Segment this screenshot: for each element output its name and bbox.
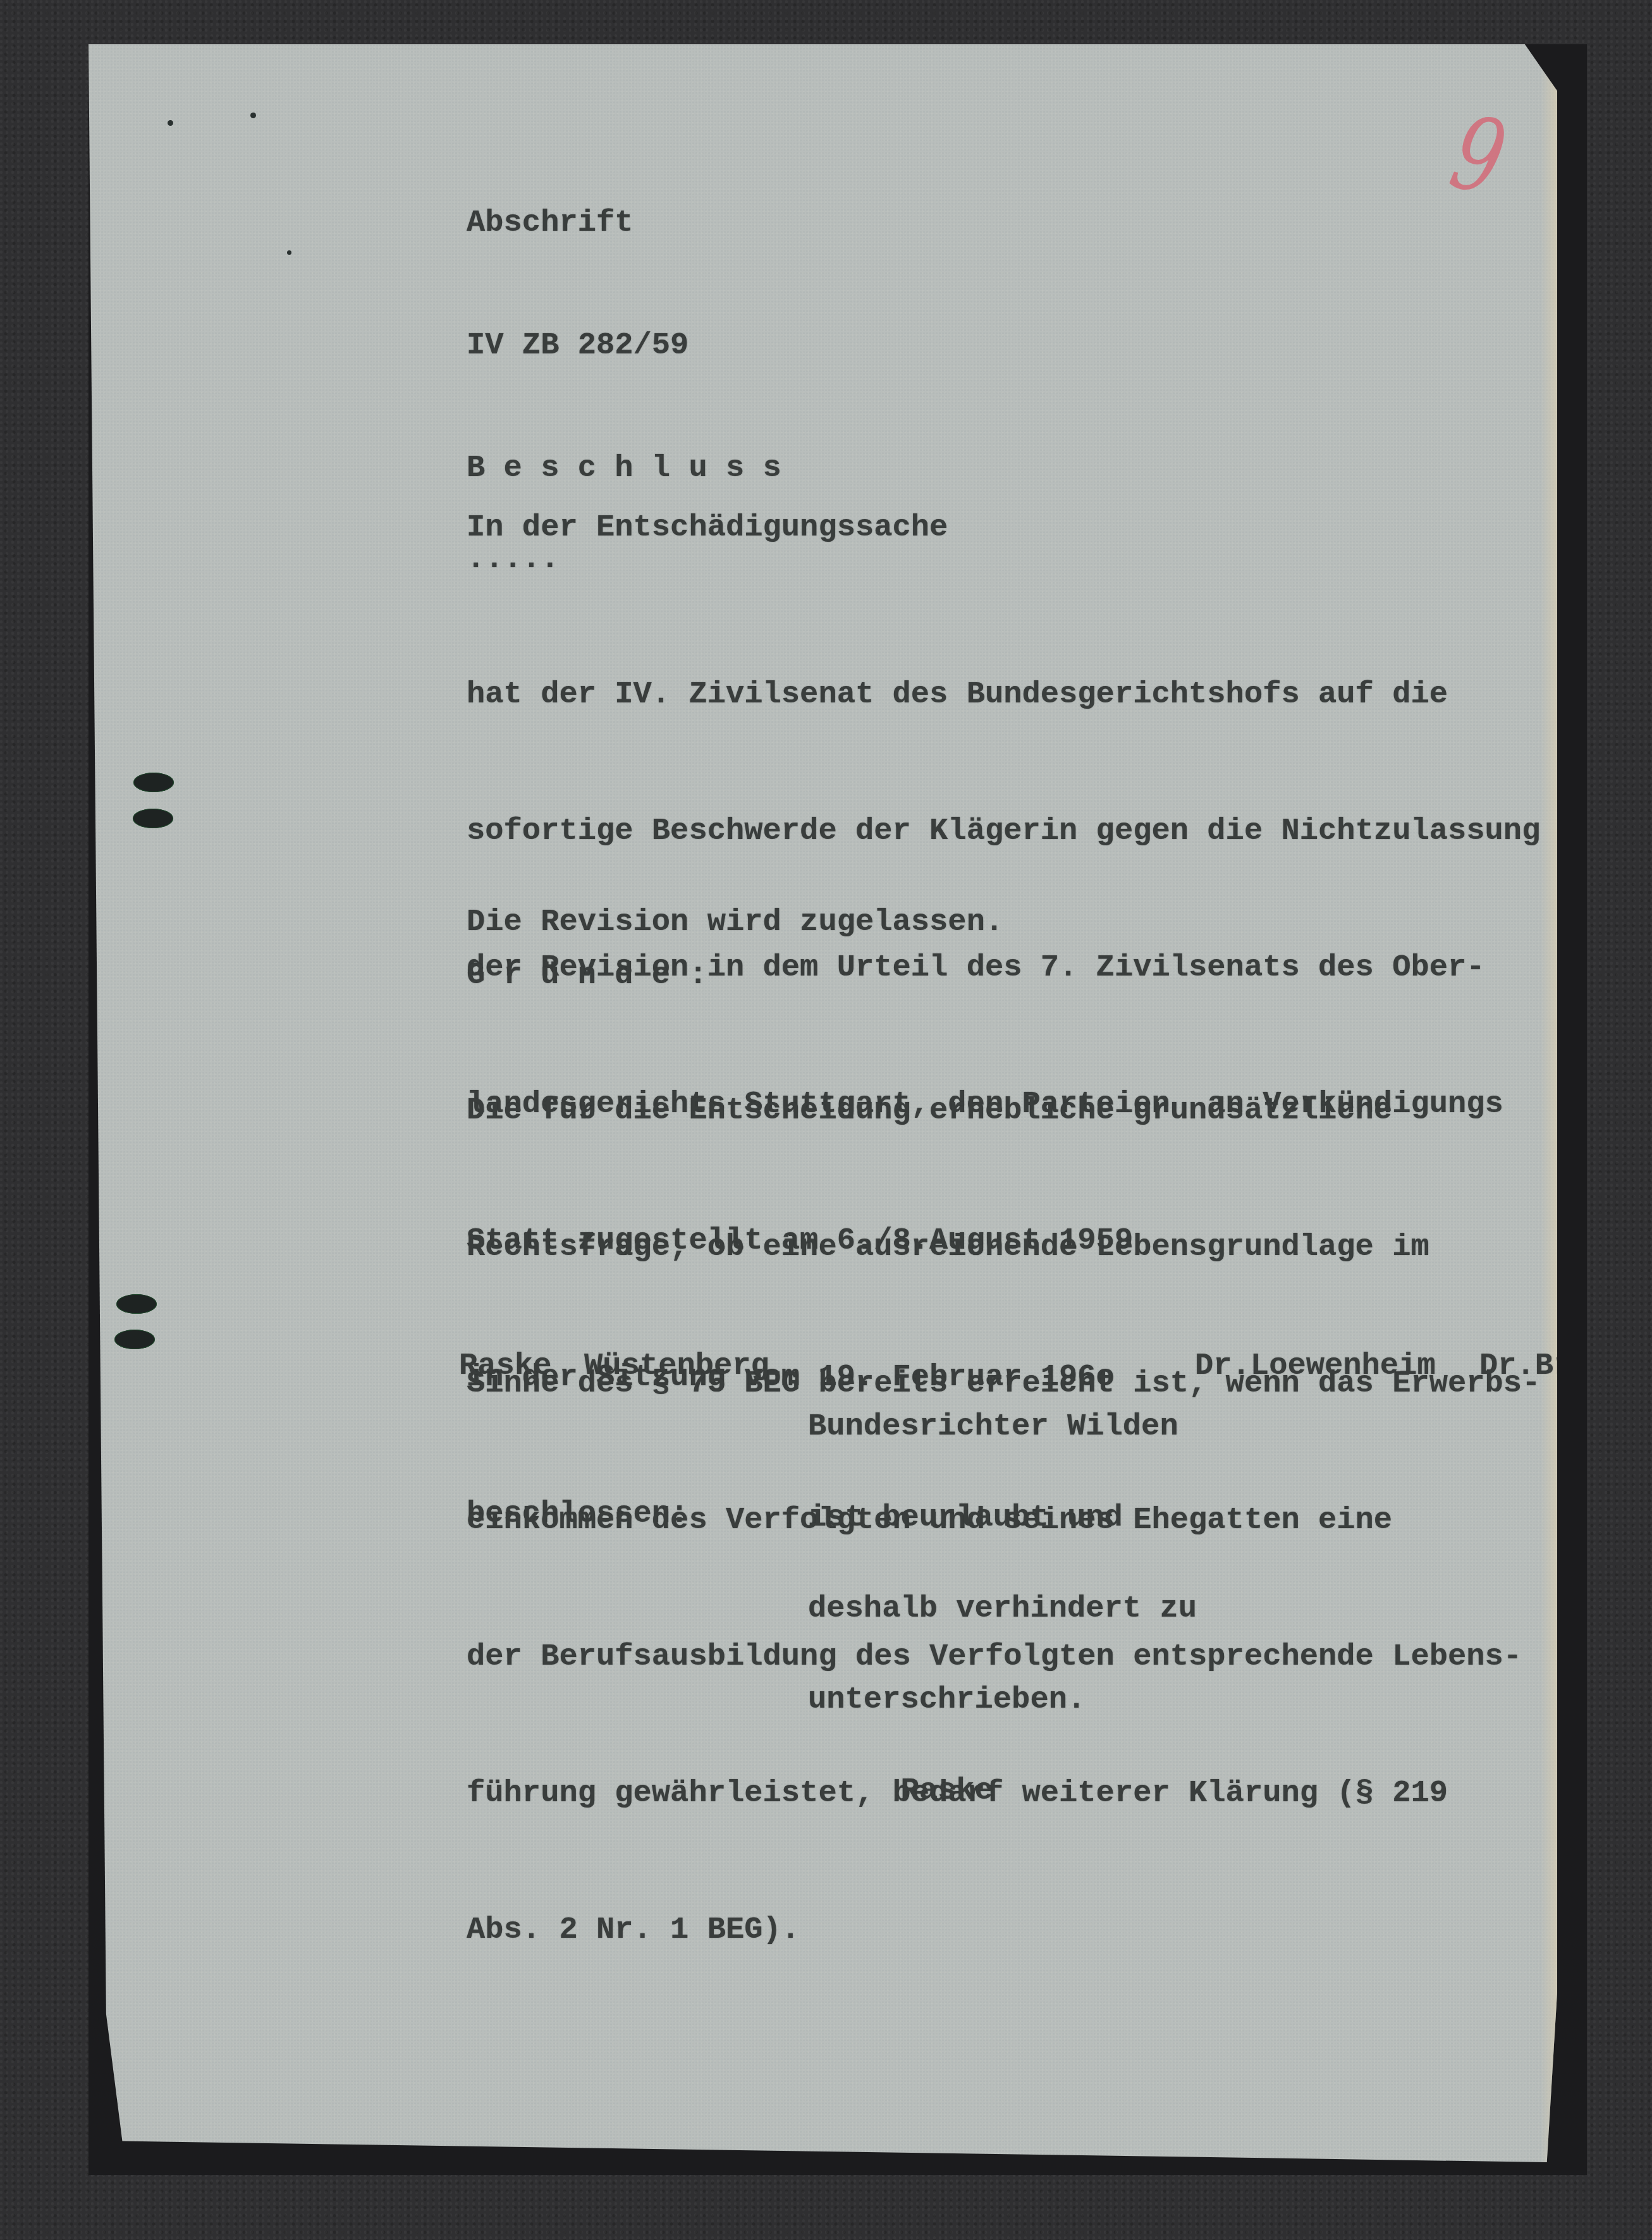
ruling-line: Die Revision wird zugelassen. — [467, 899, 1003, 945]
signature-wilden-block: Bundesrichter Wilden ist beurlaubt und d… — [808, 1350, 1197, 1866]
document-title: B e s c h l u s s — [467, 445, 781, 491]
reasons-line: Abs. 2 Nr. 1 BEG). — [467, 1907, 1540, 1952]
intro-line: sofortige Beschwerde der Klägerin gegen … — [467, 808, 1540, 854]
signature-wilden-line: Bundesrichter Wilden — [808, 1411, 1197, 1441]
signature-br-truncated: Dr.Br — [1479, 1350, 1557, 1381]
copy-label: Abschrift — [467, 200, 633, 245]
typed-content: Abschrift IV ZB 282/59 B e s c h l u s s… — [89, 44, 1557, 2162]
signature-wilden-line: ist beurlaubt und — [808, 1502, 1197, 1533]
reasons-line: Rechtsfrage, ob eine ausreichende Lebens… — [467, 1224, 1540, 1270]
intro-line: hat der IV. Zivilsenat des Bundesgericht… — [467, 671, 1540, 717]
reasons-heading: G r ü n d e : — [467, 952, 707, 998]
signature-wilden-line: unterschrieben. — [808, 1684, 1197, 1715]
signature-wilden-line: Raske — [808, 1775, 1197, 1806]
signature-wuestenberg: Wüstenberg — [584, 1350, 769, 1381]
signature-wilden-line: deshalb verhindert zu — [808, 1593, 1197, 1624]
signature-loewenheim: Dr.Loewenheim — [1195, 1350, 1436, 1381]
case-number: IV ZB 282/59 — [467, 322, 688, 368]
signature-raske: Raske — [459, 1350, 551, 1381]
omission-dots: ..... — [467, 536, 559, 582]
reasons-line: Die für die Entscheidung erhebliche grun… — [467, 1087, 1540, 1133]
